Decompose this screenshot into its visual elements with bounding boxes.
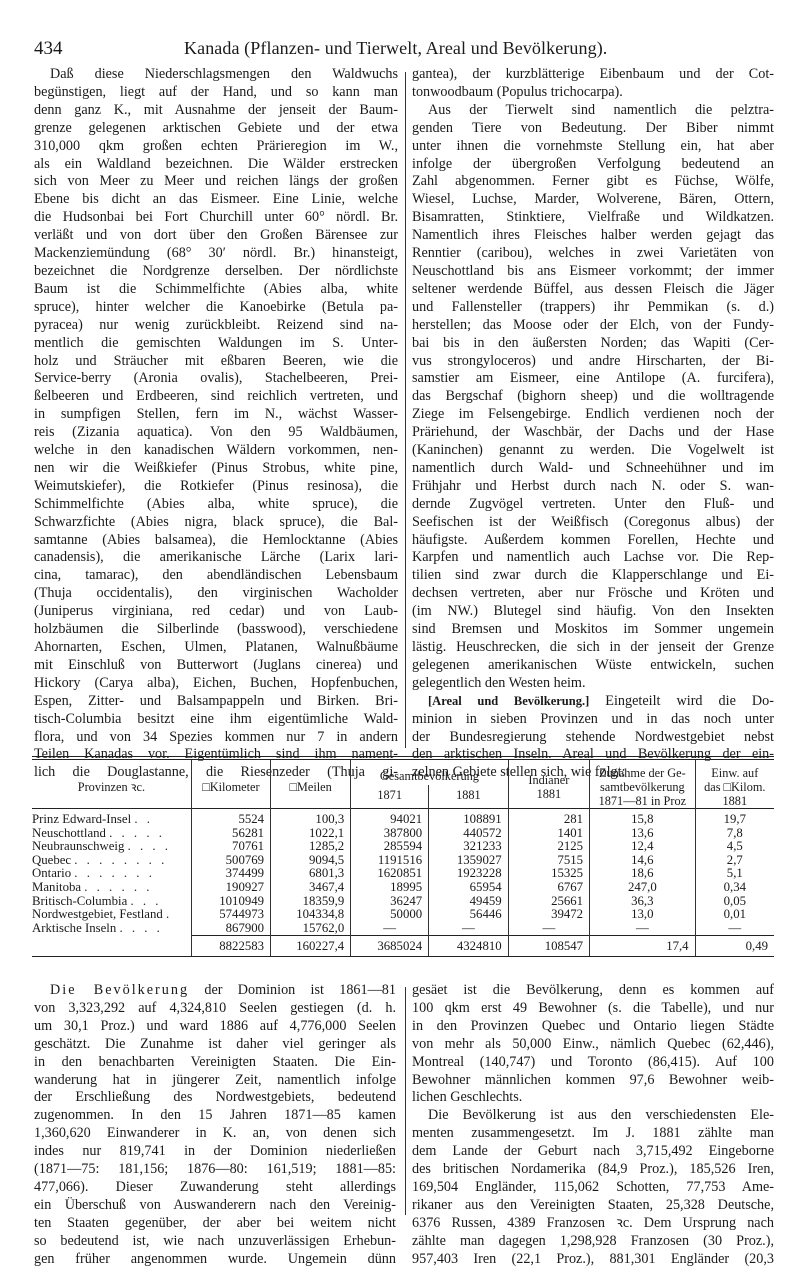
text-line: 100 qkm erst 49 Bewohner (s. die Tabelle… <box>412 1000 774 1018</box>
province-name: Manitoba <box>32 880 81 894</box>
text-line: herstellen; das Moose oder der Elch, von… <box>412 317 774 335</box>
sq-miles-cell: 3467,4 <box>271 881 351 895</box>
text-line: (Kaninchen) genannt zu werden. Die Vogel… <box>412 442 774 460</box>
document-page: 434 Kanada (Pflanzen- und Tierwelt, Area… <box>0 0 800 1275</box>
sq-miles-cell: 15762,0 <box>271 922 351 936</box>
sq-km-cell: 56281 <box>191 827 270 841</box>
province-cell: Ontario . . . . . . . <box>32 867 191 881</box>
increase-cell: 13,0 <box>590 908 696 922</box>
text-line: der Bundesregierung stehende Nordwestgeb… <box>412 729 774 747</box>
text-line: canadensis), die amerikanische Lärche (L… <box>34 549 398 567</box>
header-increase-line3: 1871—81 in Proz <box>593 794 692 808</box>
text-line: lichen Geschlechts. <box>412 1089 774 1107</box>
upper-right-column: gantea), der kurzblätterige Eibenbaum un… <box>412 66 774 782</box>
text-line: mentlich die gemischten Waldungen im S. … <box>34 335 398 353</box>
text-line: Die Bevölkerung ist aus den verschiedens… <box>412 1107 774 1125</box>
text-line: Karpfen und namentlich auch Lachse vor. … <box>412 549 774 567</box>
density-cell: 2,7 <box>695 854 774 868</box>
text-line: wanderung hat in jüngerer Zeit, namentli… <box>34 1072 396 1090</box>
text-line: holz und Sträucher mit eßbaren Beeren, w… <box>34 353 398 371</box>
indians-cell: 1401 <box>508 827 589 841</box>
text-line: tilien sind zwar durch die Klapperschlan… <box>412 567 774 585</box>
text-line: gelegenen amerikanischen Wüste entwickel… <box>412 657 774 675</box>
density-cell: 19,7 <box>695 809 774 827</box>
section-heading: [Areal und Bevölkerung.] <box>428 694 589 708</box>
sq-miles-cell: 104334,8 <box>271 908 351 922</box>
text-line: Montreal (140,747) und Toronto (86,415).… <box>412 1054 774 1072</box>
text-line: in den Provinzen Quebec und Ontario lieg… <box>412 1018 774 1036</box>
text-line: Ziege im Felsengebirge. Endlich verdiene… <box>412 406 774 424</box>
text-line: dem Lande der Geburt nach 3,715,492 Eing… <box>412 1143 774 1161</box>
text-line: Die Bevölkerung der Dominion ist 1861—81 <box>34 982 396 1000</box>
lead-word: Die Bevölkerung <box>50 982 189 998</box>
increase-cell: 14,6 <box>590 854 696 868</box>
province-cell: Arktische Inseln . . . . <box>32 922 191 936</box>
text-line: sind Bremsen und Moskitos im Sommer unge… <box>412 621 774 639</box>
text-line: Bisamratten, Stinktiere, Vielfraße und W… <box>412 209 774 227</box>
text-line: verläßt und von dort über den Großen Bär… <box>34 227 398 245</box>
density-cell: 5,1 <box>695 867 774 881</box>
text-fragment: Eingeteilt wird die Do- <box>605 693 774 709</box>
increase-cell: 247,0 <box>590 881 696 895</box>
header-density-line1: Einw. auf <box>699 766 771 780</box>
table-row: Prinz Edward-Insel . . 5524 100,3 94021 … <box>32 809 774 827</box>
province-cell: Quebec . . . . . . . . <box>32 854 191 868</box>
header-increase: Zunahme der Ge- samtbevölkerung 1871—81 … <box>590 760 696 809</box>
text-line: dechsen vertreten, aber nur Frösche und … <box>412 585 774 603</box>
page-header: 434 Kanada (Pflanzen- und Tierwelt, Area… <box>34 38 774 62</box>
sq-miles-cell: 6801,3 <box>271 867 351 881</box>
text-line: und Fallensteller (trappers) ihr Pemmika… <box>412 299 774 317</box>
text-line: Mackenziemündung (68° 30′ nördl. Br.) hi… <box>34 245 398 263</box>
header-indians-label: Indianer <box>512 773 586 787</box>
pop-1871-cell: 50000 <box>351 908 429 922</box>
pop-1881-cell: 440572 <box>429 827 509 841</box>
sq-miles-cell: 18359,9 <box>271 895 351 909</box>
text-line: 477,066). Dieser Zuwanderung steht aller… <box>34 1179 396 1197</box>
text-line: samtanne (Abies balsamea), die Hemlockta… <box>34 532 398 550</box>
table-row: Ontario . . . . . . . 374499 6801,3 1620… <box>32 867 774 881</box>
text-line: (im NW.) Blutegel sind häufig. Von den I… <box>412 603 774 621</box>
text-line: Neuschottland bis ans Eismeer vorkommt; … <box>412 263 774 281</box>
text-line: gelegentlich den Westen heim. <box>412 675 774 693</box>
text-line: geschätzt. Die Zunahme ist daher viel ge… <box>34 1036 396 1054</box>
header-density-line2: das □Kilom. <box>699 780 771 794</box>
indians-cell: 25661 <box>508 895 589 909</box>
pop-1881-cell: 321233 <box>429 840 509 854</box>
text-line: nen wir die Weißkiefer (Pinus Strobus, w… <box>34 460 398 478</box>
page-number: 434 <box>34 38 63 60</box>
text-line: 1,360,620 Einwanderer in K. an, von dene… <box>34 1125 396 1143</box>
province-name: Neubraunschweig <box>32 839 124 853</box>
header-indians: Indianer 1881 <box>508 760 589 809</box>
text-line: als ein Waldland bezeichnen. Die Wälder … <box>34 156 398 174</box>
sq-km-cell: 867900 <box>191 922 270 936</box>
pop-1871-cell: 18995 <box>351 881 429 895</box>
header-total-population: Gesamtbevölkerung <box>351 760 508 785</box>
pop-1871-cell: 387800 <box>351 827 429 841</box>
text-line: Namentlich ihres Fleisches halber werden… <box>412 227 774 245</box>
text-line: bai bis in den äußersten Norden; das Wap… <box>412 335 774 353</box>
text-line: minion in sieben Provinzen und in das no… <box>412 711 774 729</box>
text-line: welche in den kanadischen Wäldern vorkom… <box>34 442 398 460</box>
text-line: bezeichnet die Nordgrenze derselben. Der… <box>34 263 398 281</box>
pop-1881-cell: 56446 <box>429 908 509 922</box>
text-line: begünstigen, liegt auf der Hand, und so … <box>34 84 398 102</box>
pop-1881-cell: 1359027 <box>429 854 509 868</box>
text-line: samstier am Eismeer, eine Antilope (A. f… <box>412 370 774 388</box>
header-indians-year: 1881 <box>512 787 586 801</box>
leader-dots: . . . . . . . <box>74 866 155 880</box>
text-line: grenze gelegenen arktischen Gebiete und … <box>34 120 398 138</box>
text-line: Espen, Zitter- und Balsampappeln und Bir… <box>34 693 398 711</box>
text-line: dernde Zugvögel vertreten. Unter den Flu… <box>412 496 774 514</box>
text-line: rikaner aus den Vereinigten Staaten, 25,… <box>412 1197 774 1215</box>
province-name: Nordwestgebiet, Festland <box>32 907 163 921</box>
sq-km-cell: 5524 <box>191 809 270 827</box>
header-year-1871: 1871 <box>351 785 429 808</box>
sq-miles-cell: 100,3 <box>271 809 351 827</box>
sq-km-cell: 1010949 <box>191 895 270 909</box>
indians-cell: 39472 <box>508 908 589 922</box>
text-fragment: der Dominion ist 1861—81 <box>204 982 396 998</box>
sq-km-cell: 500769 <box>191 854 270 868</box>
header-province: Provinzen ꝛc. <box>32 760 191 809</box>
text-line: Renntier (caribou), welches in zwei Vari… <box>412 245 774 263</box>
table-row: Neubraunschweig . . . . 70761 1285,2 285… <box>32 840 774 854</box>
table-row: Arktische Inseln . . . . 867900 15762,0 … <box>32 922 774 936</box>
density-cell: 4,5 <box>695 840 774 854</box>
leader-dots: . . . . . <box>109 826 165 840</box>
text-line: namentlich durch Wald- und Schneehühner … <box>412 460 774 478</box>
density-cell: 0,05 <box>695 895 774 909</box>
text-line: des britischen Nordamerika (84,9 Proz.),… <box>412 1161 774 1179</box>
text-line: denn ganz K., mit Ausnahme der jenseit d… <box>34 102 398 120</box>
text-line: so bedeutend ist, wie nach unzuverlässig… <box>34 1233 396 1251</box>
text-line: die Hudsonbai bei Fort Churchill unter 6… <box>34 209 398 227</box>
province-cell: Manitoba . . . . . . <box>32 881 191 895</box>
text-line: tonwoodbaum (Populus trichocarpa). <box>412 84 774 102</box>
table-row: Nordwestgebiet, Festland . 5744973 10433… <box>32 908 774 922</box>
total-sq-km: 8822583 <box>191 936 270 957</box>
header-year-1881: 1881 <box>429 785 509 808</box>
increase-cell: 12,4 <box>590 840 696 854</box>
pop-1881-cell: 49459 <box>429 895 509 909</box>
leader-dots: . . . . <box>128 839 171 853</box>
province-name: Prinz Edward-Insel <box>32 812 131 826</box>
header-sq-km: □Kilometer <box>191 760 270 809</box>
text-line: gen früher angenommen wurde. Ungemein dü… <box>34 1251 396 1269</box>
text-line: seltener werdende Büffel, aus dessen Fle… <box>412 281 774 299</box>
upper-left-column: Daß diese Niederschlagsmengen den Waldwu… <box>34 66 398 782</box>
pop-1871-cell: 94021 <box>351 809 429 827</box>
totals-row: 8822583 160227,4 3685024 4324810 108547 … <box>32 936 774 957</box>
pop-1871-cell: 285594 <box>351 840 429 854</box>
leader-dots: . <box>166 907 172 921</box>
pop-1881-cell: 65954 <box>429 881 509 895</box>
density-cell: — <box>695 922 774 936</box>
text-line: 957,403 Iren (22,1 Proz.), 881,301 Englä… <box>412 1251 774 1269</box>
table-row: Britisch-Columbia . . . 1010949 18359,9 … <box>32 895 774 909</box>
pop-1871-cell: 36247 <box>351 895 429 909</box>
text-line: lästig. Heuschrecken, die sich in der je… <box>412 639 774 657</box>
text-line: um 30,1 Proz.) und ward 1886 auf 4,776,0… <box>34 1018 396 1036</box>
text-line: 169,504 Engländer, 115,062 Schotten, 77,… <box>412 1179 774 1197</box>
header-increase-line2: samtbevölkerung <box>593 780 692 794</box>
text-line: Weimutskiefer), die Rotkiefer (Pinus res… <box>34 478 398 496</box>
increase-cell: 36,3 <box>590 895 696 909</box>
table-row: Neuschottland . . . . . 56281 1022,1 387… <box>32 827 774 841</box>
indians-cell: 6767 <box>508 881 589 895</box>
header-density: Einw. auf das □Kilom. 1881 <box>695 760 774 809</box>
text-line: unter ihnen die vornehmste Stellung ein,… <box>412 138 774 156</box>
text-line: Zahl abgenommen. Ferner gibt es Füchse, … <box>412 173 774 191</box>
increase-cell: 15,8 <box>590 809 696 827</box>
text-line: sich von Meer zu Meer und reichen längs … <box>34 173 398 191</box>
indians-cell: 7515 <box>508 854 589 868</box>
text-line: (Thuja occidentalis), den virginischen W… <box>34 585 398 603</box>
text-line: Ahornarten, Eschen, Ulmen, Platanen, Wal… <box>34 639 398 657</box>
sq-km-cell: 190927 <box>191 881 270 895</box>
total-density: 0,49 <box>695 936 774 957</box>
sq-miles-cell: 1285,2 <box>271 840 351 854</box>
leader-dots: . . . <box>130 894 161 908</box>
pop-1871-cell: 1620851 <box>351 867 429 881</box>
text-line: menten zusammengesetzt. Im J. 1881 zählt… <box>412 1125 774 1143</box>
text-line: 6376 Russen, 4389 Franzosen ꝛc. Dem Ursp… <box>412 1215 774 1233</box>
leader-dots: . . . . . . . . <box>74 853 167 867</box>
text-line: gesäet ist die Bevölkerung, denn es komm… <box>412 982 774 1000</box>
pop-1881-cell: 1923228 <box>429 867 509 881</box>
total-pop-1871: 3685024 <box>351 936 429 957</box>
text-line: 310,000 qkm großen echten Prärieregion i… <box>34 138 398 156</box>
sq-miles-cell: 9094,5 <box>271 854 351 868</box>
indians-cell: 281 <box>508 809 589 827</box>
running-title: Kanada (Pflanzen- und Tierwelt, Areal un… <box>184 38 607 59</box>
total-sq-miles: 160227,4 <box>271 936 351 957</box>
text-line: pyracea) nur wenig zurückbleibt. Reizend… <box>34 317 398 335</box>
text-line: indes nur 819,741 in der Dominion nieder… <box>34 1143 396 1161</box>
total-indians: 108547 <box>508 936 589 957</box>
text-line: häufigste. Außerdem kommen Forellen, Hec… <box>412 532 774 550</box>
text-line: reis (Zizania aquatica). Von den 95 Wald… <box>34 424 398 442</box>
column-divider <box>405 72 406 748</box>
text-line: zählte man dagegen 1,298,928 Franzosen (… <box>412 1233 774 1251</box>
area-population-table: Provinzen ꝛc. □Kilometer □Meilen Gesamtb… <box>32 760 774 956</box>
text-line: von 3,323,292 auf 4,324,810 Seelen gesti… <box>34 1000 396 1018</box>
header-sq-miles: □Meilen <box>271 760 351 809</box>
increase-cell: 13,6 <box>590 827 696 841</box>
text-line: (1871—75: 181,156; 1876—80: 161,519; 188… <box>34 1161 396 1179</box>
text-line: Baum ist die Schimmelfichte (Abies alba,… <box>34 281 398 299</box>
text-line: infolge der übergroßen Verfolgung bedeut… <box>412 156 774 174</box>
text-line: Hickory (Carya alba), Eichen, Buchen, Ho… <box>34 675 398 693</box>
table-row: Manitoba . . . . . . 190927 3467,4 18995… <box>32 881 774 895</box>
totals-label-cell <box>32 936 191 957</box>
leader-dots: . . . . . . <box>84 880 152 894</box>
text-line: zugenommen. In den 15 Jahren 1871—85 kam… <box>34 1107 396 1125</box>
text-line: Seefischen ist der Weißfisch (Coregonus … <box>412 514 774 532</box>
indians-cell: 15325 <box>508 867 589 881</box>
text-line: ten Staaten gegenüber, der aber bei weit… <box>34 1215 396 1233</box>
sq-km-cell: 70761 <box>191 840 270 854</box>
province-cell: Neubraunschweig . . . . <box>32 840 191 854</box>
density-cell: 0,01 <box>695 908 774 922</box>
lower-left-column: Die Bevölkerung der Dominion ist 1861—81… <box>34 982 396 1269</box>
indians-cell: 2125 <box>508 840 589 854</box>
header-density-line3: 1881 <box>699 794 771 808</box>
total-pop-1881: 4324810 <box>429 936 509 957</box>
text-line: Schwarzfichte (Abies nigra, black spruce… <box>34 514 398 532</box>
pop-1871-cell: — <box>351 922 429 936</box>
text-line: Aus der Tierwelt sind namentlich die pel… <box>412 102 774 120</box>
text-line: flora, und von 34 Spezies kommen nur 7 i… <box>34 729 398 747</box>
lower-right-column: gesäet ist die Bevölkerung, denn es komm… <box>412 982 774 1269</box>
sq-km-cell: 5744973 <box>191 908 270 922</box>
text-line: in den benachbarten Vereinigten Staaten.… <box>34 1054 396 1072</box>
province-cell: Prinz Edward-Insel . . <box>32 809 191 827</box>
text-line: ein Überschuß von Auswanderern nach den … <box>34 1197 396 1215</box>
text-line: cina, tamarac), den abendländischen Lebe… <box>34 567 398 585</box>
text-line: Präriehund, der Waschbär, der Dachs und … <box>412 424 774 442</box>
text-line: von mehr als 50,000 Einw., nämlich Quebe… <box>412 1036 774 1054</box>
text-line: Service-berry (Aronia ovalis), Stachelbe… <box>34 370 398 388</box>
province-cell: Nordwestgebiet, Festland . <box>32 908 191 922</box>
text-line: mit Einschluß von Butterwort (Juglans ci… <box>34 657 398 675</box>
statistics-table-container: Provinzen ꝛc. □Kilometer □Meilen Gesamtb… <box>32 756 774 957</box>
table-bottom-rule <box>32 956 774 957</box>
text-line: spruce), hinter welcher die Kanoebirke (… <box>34 299 398 317</box>
text-line: (Juniperus virginiana, red cedar) und vo… <box>34 603 398 621</box>
text-line: gantea), der kurzblätterige Eibenbaum un… <box>412 66 774 84</box>
sq-miles-cell: 1022,1 <box>271 827 351 841</box>
section-heading-line: [Areal und Bevölkerung.] Eingeteilt wird… <box>412 693 774 711</box>
province-name: Neuschottland <box>32 826 106 840</box>
text-line: Wiesel, Luchse, Marder, Wolverene, Bären… <box>412 191 774 209</box>
province-name: Quebec <box>32 853 71 867</box>
text-line: vus strongyloceros) und andre Hirscharte… <box>412 353 774 371</box>
text-line: in sumpfigen Stellen, fern im N., wächst… <box>34 406 398 424</box>
pop-1871-cell: 1191516 <box>351 854 429 868</box>
province-name: Ontario <box>32 866 71 880</box>
text-line: Schimmelfichte (Abies alba, white spruce… <box>34 496 398 514</box>
text-line: genden Tiere von Bedeutung. Der Biber ni… <box>412 120 774 138</box>
text-line: Ebene bis dicht an das Eismeer. Eine Lin… <box>34 191 398 209</box>
province-cell: Neuschottland . . . . . <box>32 827 191 841</box>
text-line: ßelbeeren und Erdbeeren, sind reichlich … <box>34 388 398 406</box>
province-name: Britisch-Columbia <box>32 894 127 908</box>
total-increase: 17,4 <box>590 936 696 957</box>
province-name: Arktische Inseln <box>32 921 116 935</box>
table-row: Quebec . . . . . . . . 500769 9094,5 119… <box>32 854 774 868</box>
text-line: Frühjahr und Herbst durch nach N. oder S… <box>412 478 774 496</box>
indians-cell: — <box>508 922 589 936</box>
leader-dots: . . . . <box>119 921 162 935</box>
header-increase-line1: Zunahme der Ge- <box>593 766 692 780</box>
text-line: das Bergschaf (bighorn sheep) und die wo… <box>412 388 774 406</box>
text-line: der Erschließung des Nordwestgebiets, be… <box>34 1089 396 1107</box>
province-cell: Britisch-Columbia . . . <box>32 895 191 909</box>
column-divider <box>405 987 406 1215</box>
text-line: holzbäumen die Silberlinde (basswood), v… <box>34 621 398 639</box>
text-line: Bewohner männlichen kommen 97,6 Bewohner… <box>412 1072 774 1090</box>
increase-cell: — <box>590 922 696 936</box>
density-cell: 7,8 <box>695 827 774 841</box>
text-line: Daß diese Niederschlagsmengen den Waldwu… <box>34 66 398 84</box>
text-line: tisch-Columbia besitzt eine ihm eigentüm… <box>34 711 398 729</box>
density-cell: 0,34 <box>695 881 774 895</box>
leader-dots: . . <box>134 812 153 826</box>
pop-1881-cell: — <box>429 922 509 936</box>
pop-1881-cell: 108891 <box>429 809 509 827</box>
sq-km-cell: 374499 <box>191 867 270 881</box>
increase-cell: 18,6 <box>590 867 696 881</box>
